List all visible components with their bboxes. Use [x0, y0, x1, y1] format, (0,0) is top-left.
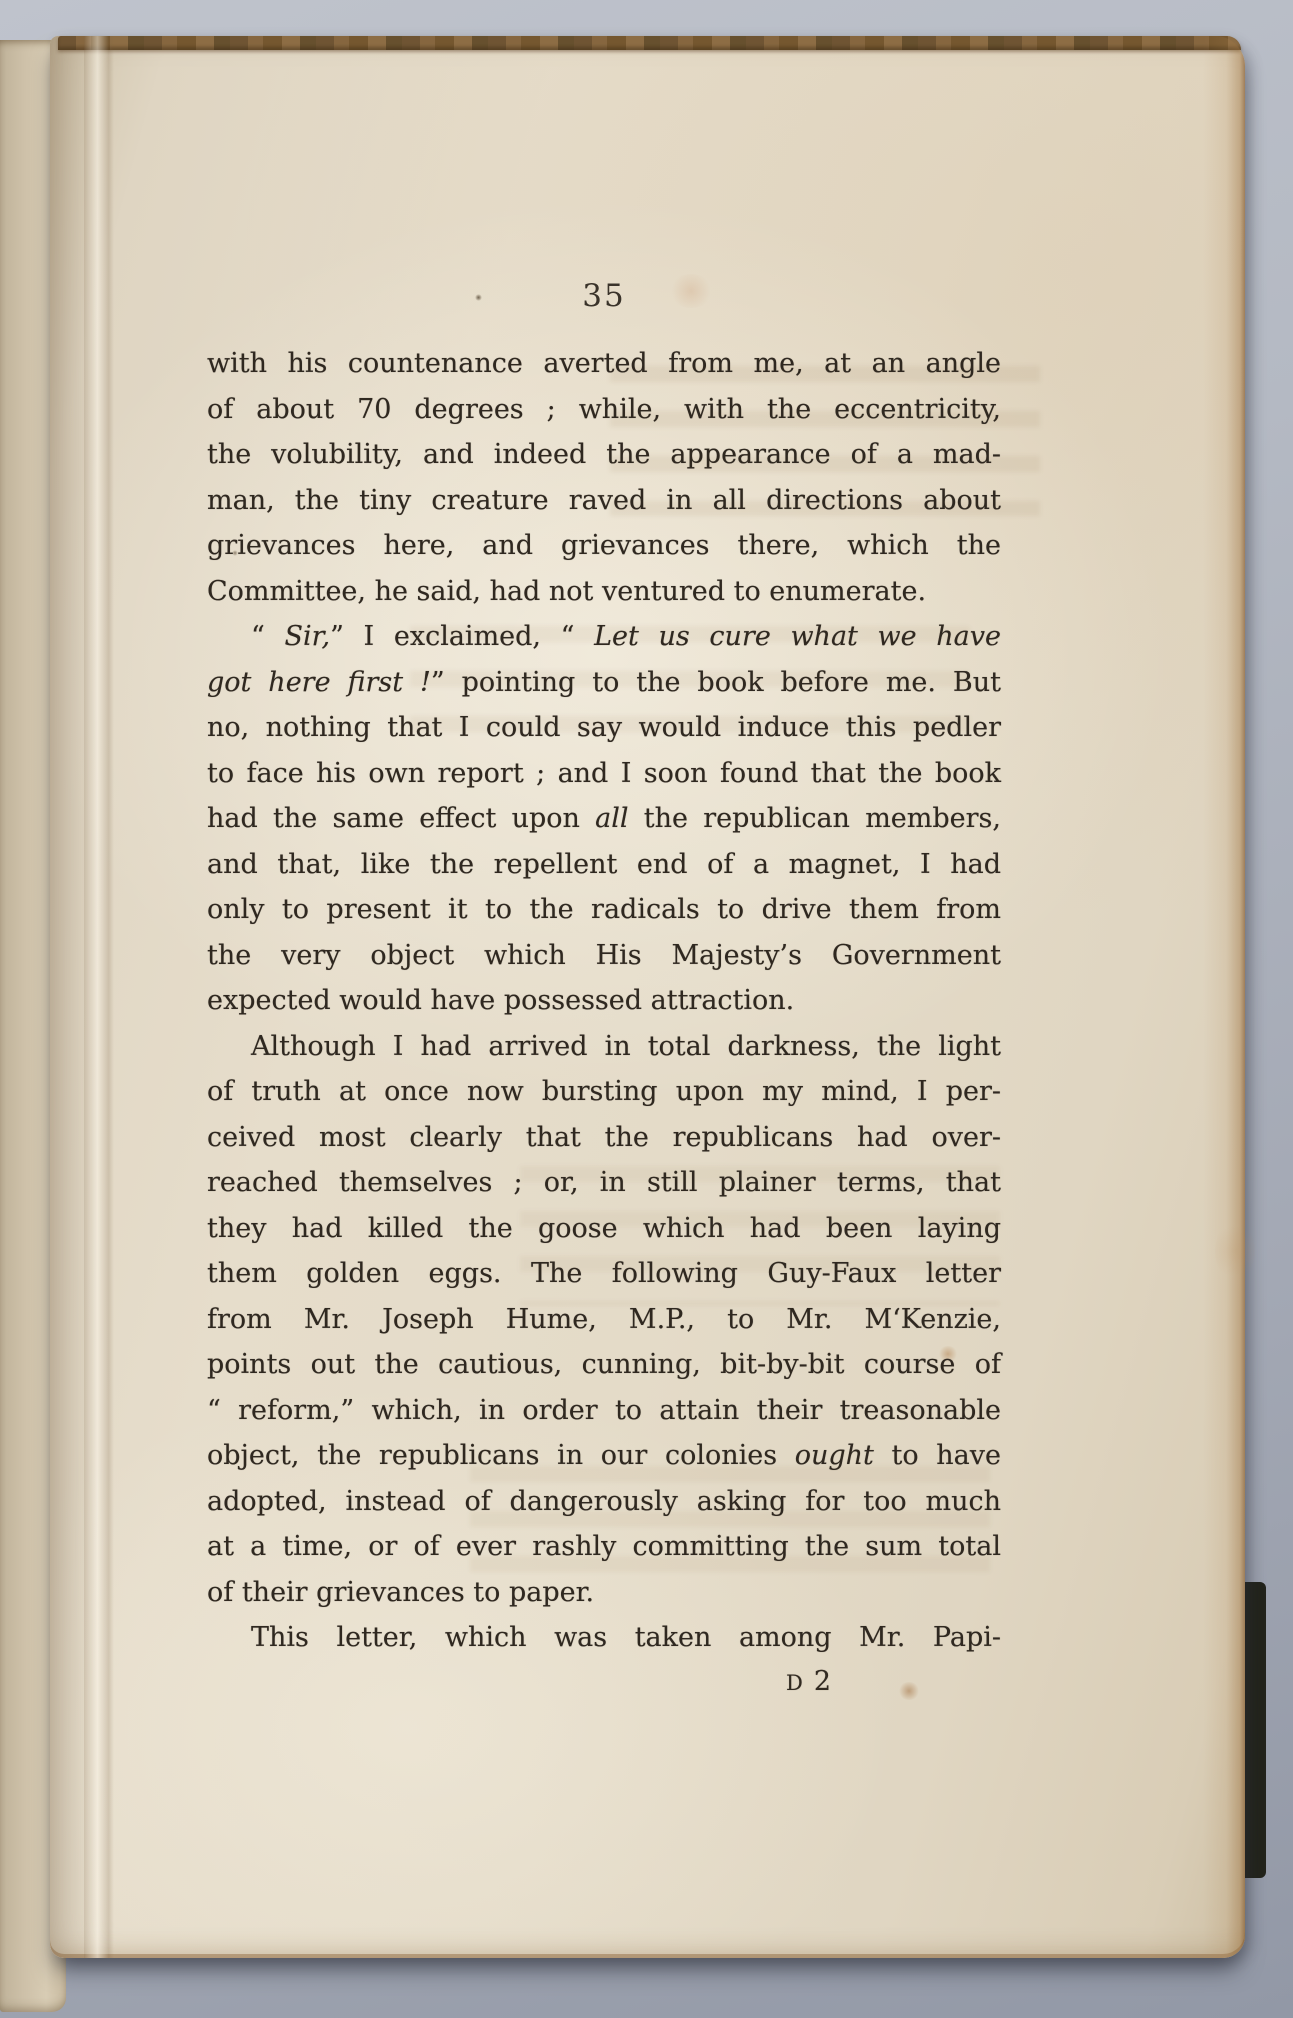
page-gutter-crease [84, 36, 114, 1958]
text-line: expected would have possessed attraction… [207, 978, 1001, 1024]
text-line: ceived most clearly that the republicans… [207, 1115, 1001, 1161]
book-page: 35 with his countenance averted from me,… [50, 36, 1245, 1958]
text-line: at a time, or of ever rashly committing … [207, 1524, 1001, 1570]
text-line: reached themselves ; or, in still plaine… [207, 1160, 1001, 1206]
text-line: of about 70 degrees ; while, with the ec… [207, 387, 1001, 433]
text-line: of truth at once now bursting upon my mi… [207, 1069, 1001, 1115]
page-right-toned-edge [1203, 36, 1245, 1958]
text-line: adopted, instead of dangerously asking f… [207, 1479, 1001, 1525]
text-line: the very object which His Majesty’s Gove… [207, 933, 1001, 979]
foxing-spot [1215, 1221, 1255, 1281]
signature-letter: D [786, 1671, 805, 1695]
text-line: to face his own report ; and I soon foun… [207, 751, 1001, 797]
signature-mark: D2 [786, 1666, 906, 1697]
page-number: 35 [207, 278, 1001, 314]
text-line: got here first !” pointing to the book b… [207, 660, 1001, 706]
signature-number: 2 [814, 1666, 831, 1697]
text-line: Although I had arrived in total darkness… [207, 1024, 1001, 1070]
text-line: grievances here, and grievances there, w… [207, 523, 1001, 569]
text-line: man, the tiny creature raved in all dire… [207, 478, 1001, 524]
text-line: no, nothing that I could say would induc… [207, 705, 1001, 751]
text-line: object, the republicans in our colonies … [207, 1433, 1001, 1479]
text-line: them golden eggs. The following Guy-Faux… [207, 1251, 1001, 1297]
text-line: and that, like the repellent end of a ma… [207, 842, 1001, 888]
text-line: had the same effect upon all the republi… [207, 796, 1001, 842]
text-line: with his countenance averted from me, at… [207, 341, 1001, 387]
text-line: “ Sir,” I exclaimed, “ Let us cure what … [207, 614, 1001, 660]
text-line: “ reform,” which, in order to attain the… [207, 1388, 1001, 1434]
text-line: the volubility, and indeed the appearanc… [207, 432, 1001, 478]
text-line: points out the cautious, cunning, bit-by… [207, 1342, 1001, 1388]
text-line: This letter, which was taken among Mr. P… [207, 1615, 1001, 1661]
page-top-deckle-edge [58, 36, 1241, 50]
text-line: from Mr. Joseph Hume, M.P., to Mr. M‘Ken… [207, 1297, 1001, 1343]
book-photo: 35 with his countenance averted from me,… [0, 0, 1293, 2018]
text-line: Committee, he said, had not ventured to … [207, 569, 1001, 615]
text-line: they had killed the goose which had been… [207, 1206, 1001, 1252]
body-text: with his countenance averted from me, at… [207, 341, 1001, 1661]
text-line: only to present it to the radicals to dr… [207, 887, 1001, 933]
text-line: of their grievances to paper. [207, 1570, 1001, 1616]
